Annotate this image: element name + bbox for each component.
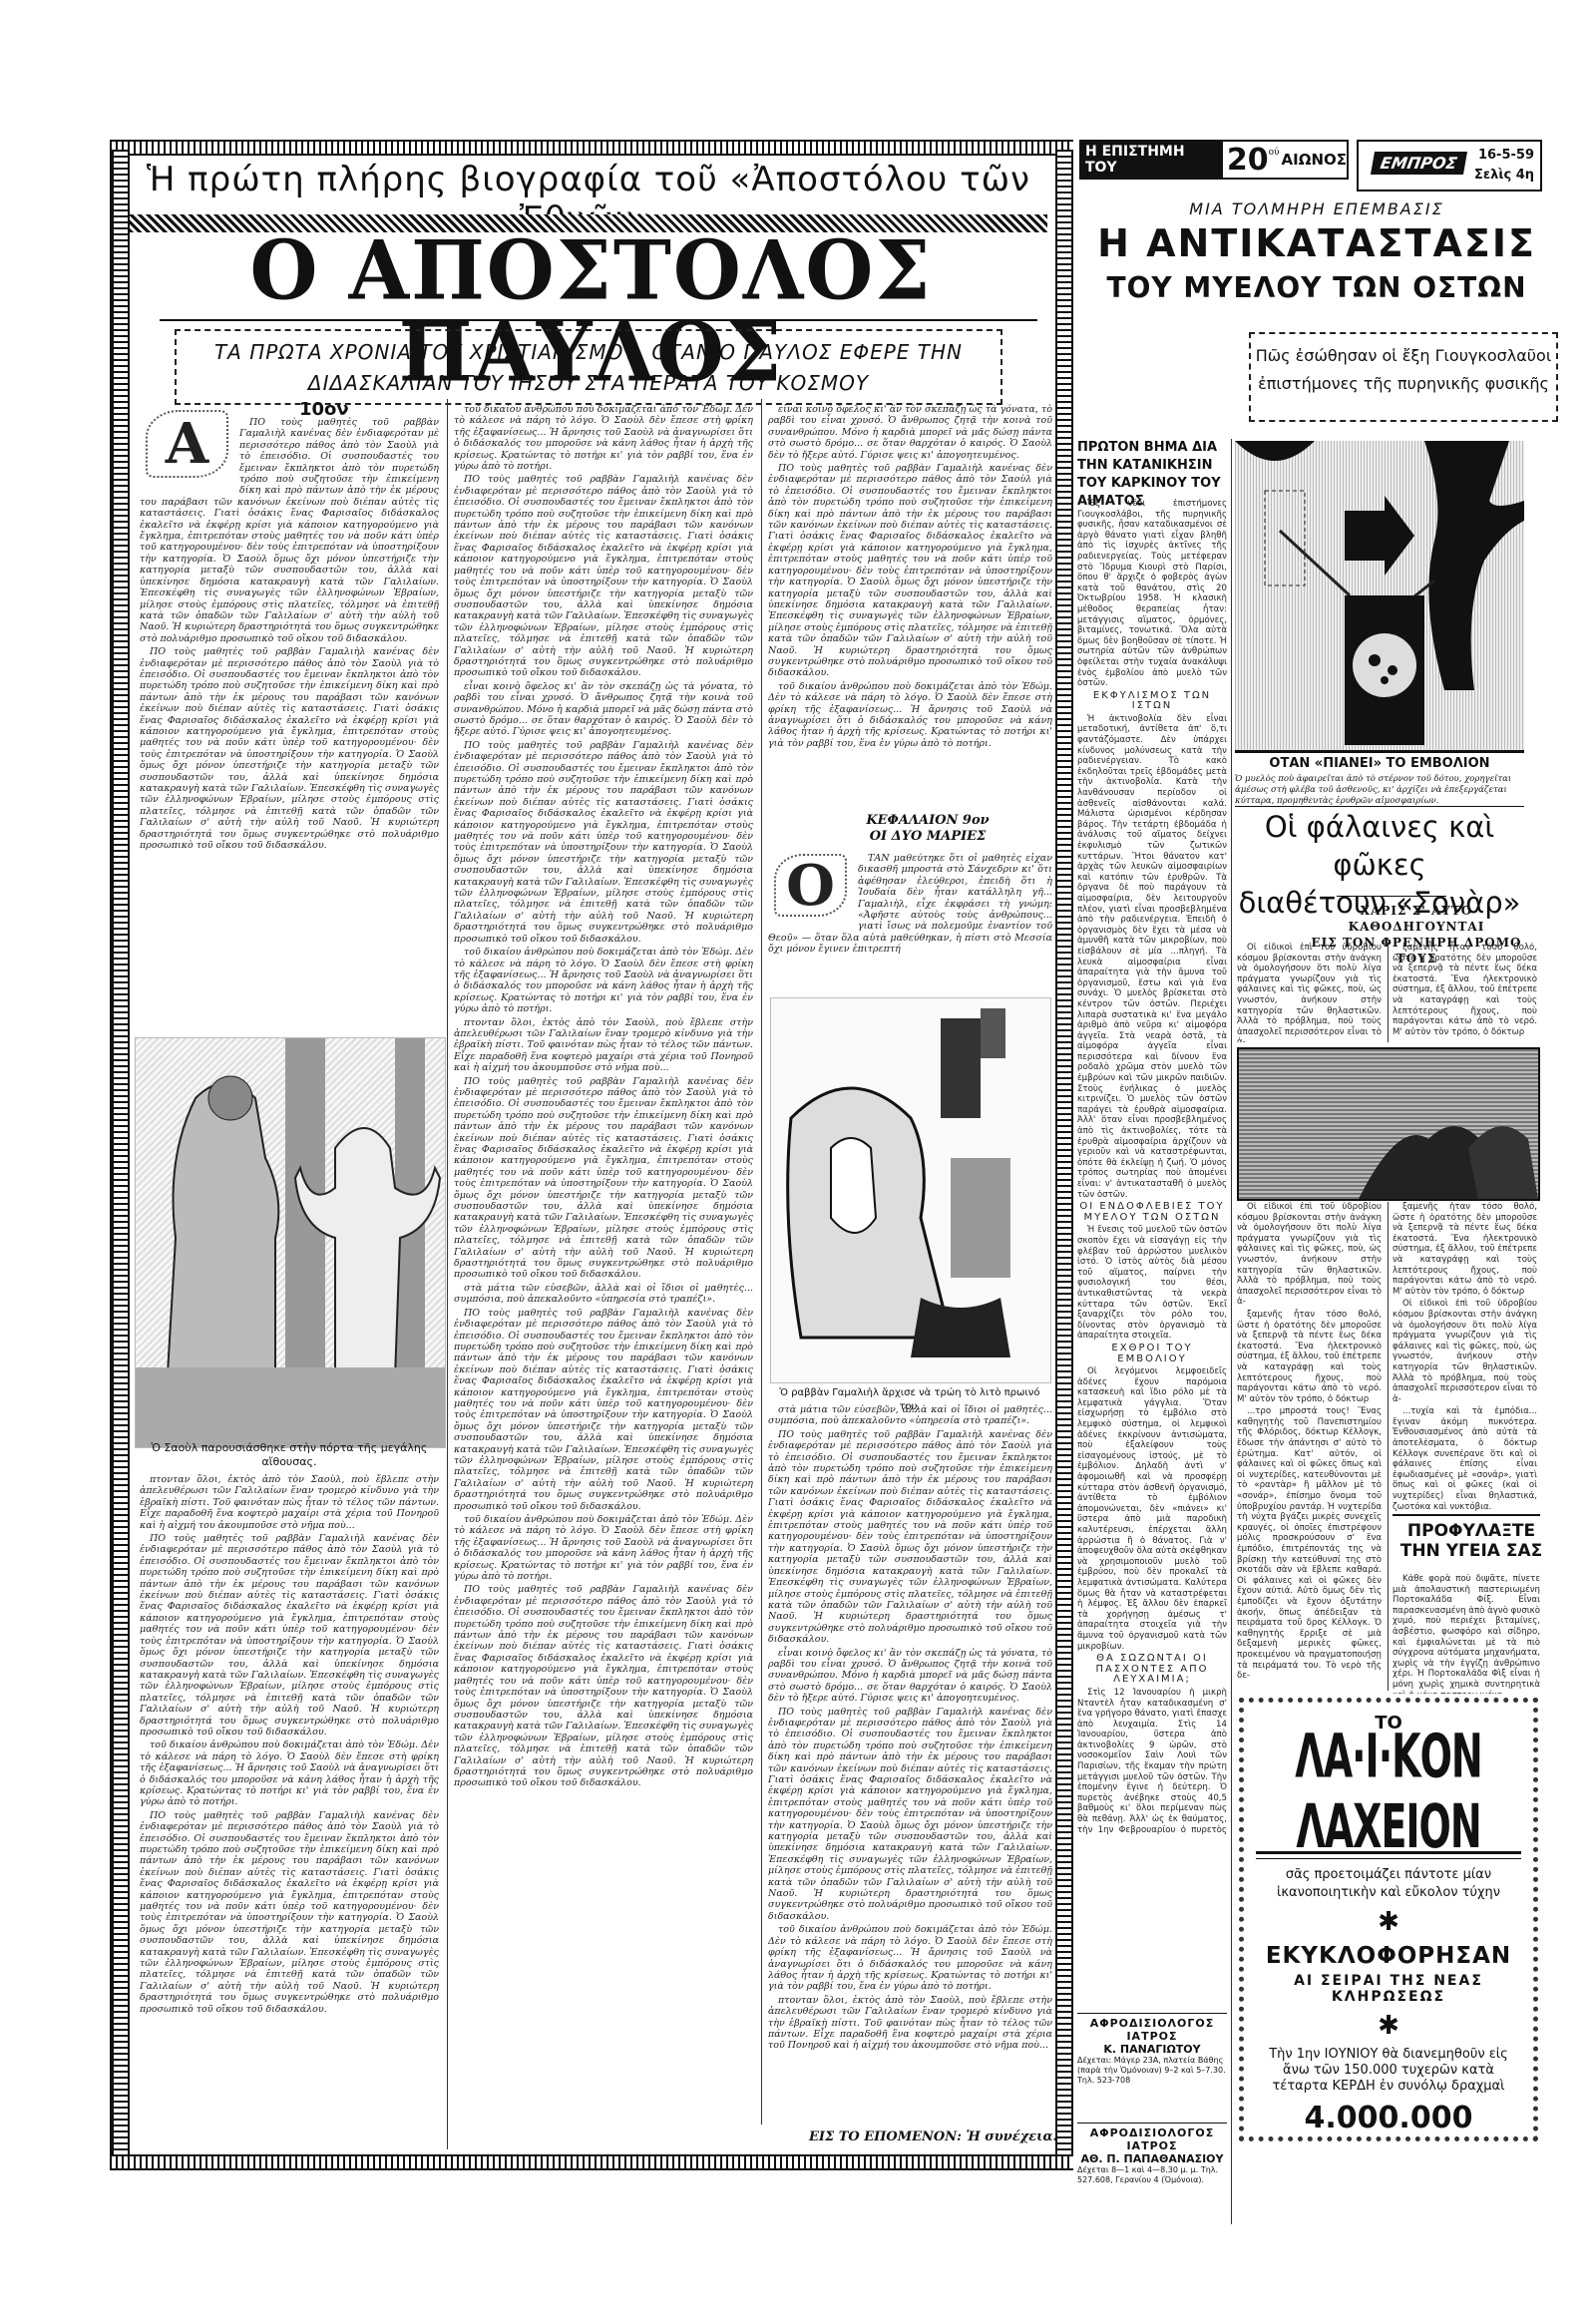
- lottery-title: ΛΑ·Ι·ΚΟΝ ΛΑΧΕΙΟΝ: [1244, 1722, 1533, 1862]
- science-paragraph: Οἱ λεγόμενοι λεμφοειδεῖς ἀδένες ἔχουν πα…: [1077, 1366, 1227, 1652]
- article-paragraph: ΠΟ τοὺς μαθητὲς τοῦ ραββὰν Γαμαλιὴλ κανέ…: [140, 1810, 439, 2015]
- continued-next-note: ΕΙΣ ΤΟ ΕΠΟΜΕΝΟΝ: Ἡ συνέχεια.: [299, 2129, 1057, 2144]
- greek-key-border-left: [112, 150, 130, 2159]
- science-paragraph: Στὶς 12 Ἰανουαρίου ἡ μικρὴ Νταντὲλ ἦταν …: [1077, 1688, 1227, 1835]
- whale-column-1: Οἱ εἰδικοὶ ἐπὶ τοῦ ὑδροβίου κόσμου βρίσκ…: [1237, 943, 1382, 1042]
- bone-marrow-diagram: [1235, 441, 1524, 753]
- greek-key-border-right: [1055, 150, 1073, 2159]
- article-paragraph: πτονταν ὅλοι, ἐκτὸς ἀπὸ τὸν Σαοὺλ, ποὺ ἔ…: [454, 1017, 753, 1074]
- asterisk-icon: ✱: [1244, 1907, 1533, 1937]
- science-deck: Πῶς ἐσώθησαν οἱ ἔξη Γιουγκοσλαῦοι ἐπιστή…: [1249, 332, 1558, 422]
- illustration-gamaliel: [770, 997, 1051, 1383]
- article-paragraph: ΠΟ τοὺς μαθητὲς τοῦ ραββὰν Γαμαλιὴλ κανέ…: [768, 1707, 1052, 1923]
- diagram-caption: Ὁ μυελὸς ποὺ ἀφαιρεῖται ἀπὸ τὸ στέρνον τ…: [1235, 774, 1524, 807]
- article-paragraph: ΠΟ τοὺς μαθητὲς τοῦ ραββὰν Γαμαλιὴλ κανέ…: [454, 1076, 753, 1281]
- whale-column-2: ξαμενῆς ἦταν τόσο θολό, ὥστε ἡ ὁρατότης …: [1393, 943, 1537, 1042]
- column-divider: [1388, 1202, 1389, 1691]
- title-underline: [160, 319, 1037, 321]
- article-paragraph: τοῦ δικαίου ἀνθρώπου ποὺ δοκιμάζεται ἀπὸ…: [454, 1514, 753, 1582]
- doctor-ad-1: ΑΦΡΟΔΙΣΙΟΛΟΓΟΣ ΙΑΤΡΟΣ Κ. ΠΑΝΑΓΙΩΤΟΥ Δέχε…: [1077, 2017, 1227, 2086]
- whale-column-2-continued: ξαμενῆς ἦταν τόσο θολό, ὥστε ἡ ὁρατότης …: [1393, 1202, 1537, 1511]
- ad-divider: [1077, 2013, 1227, 2014]
- article-column-1: ΠΟ τοὺς μαθητὲς τοῦ ραββὰν Γαμαλιὴλ κανέ…: [140, 417, 439, 1035]
- headline-underline: [1337, 896, 1446, 897]
- article-paragraph: ΠΟ τοὺς μαθητὲς τοῦ ραββὰν Γαμαλιὴλ κανέ…: [454, 1308, 753, 1512]
- greek-key-border-bottom: [110, 2154, 1073, 2170]
- column-divider: [447, 399, 448, 2149]
- article-paragraph: τοῦ δικαίου ἀνθρώπου ποὺ δοκιμάζεται ἀπὸ…: [454, 947, 753, 1014]
- article-paragraph: ΠΟ τοὺς μαθητὲς τοῦ ραββὰν Γαμαλιὴλ κανέ…: [140, 646, 439, 851]
- page-number: Σελὶς 4η: [1474, 166, 1534, 186]
- science-paragraph: Ἡ ἀκτινοβολία δὲν εἶναι μεταδοτική, ἀντί…: [1077, 714, 1227, 1200]
- article-paragraph: ΠΟ τοὺς μαθητὲς τοῦ ραββὰν Γαμαλιὴλ κανέ…: [768, 1429, 1052, 1646]
- article-paragraph: εἶναι κοινὸ ὄφελος κι' ἂν τὸν σκεπάζῃ ὡς…: [454, 681, 753, 738]
- science-paragraph: Ἡ ἔνεσις τοῦ μυελοῦ τῶν ὀστῶν σκοπὸν ἔχε…: [1077, 1225, 1227, 1342]
- article-paragraph: ΠΟ τοὺς μαθητὲς τοῦ ραββὰν Γαμαλιὴλ κανέ…: [454, 474, 753, 678]
- article-paragraph: τοῦ δικαίου ἀνθρώπου ποὺ δοκιμάζεται ἀπὸ…: [140, 1739, 439, 1807]
- article-paragraph: πτονταν ὅλοι, ἐκτὸς ἀπὸ τὸν Σαοὺλ, ποὺ ἔ…: [768, 1995, 1052, 2052]
- article-paragraph: εἶναι κοινὸ ὄφελος κι' ἂν τὸν σκεπάζῃ ὡς…: [768, 404, 1052, 461]
- article-column-2: τοῦ δικαίου ἀνθρώπου ποὺ δοκιμάζεται ἀπὸ…: [454, 404, 753, 2149]
- article-paragraph: ΠΟ τοὺς μαθητὲς τοῦ ραββὰν Γαμαλιὴλ κανέ…: [454, 1584, 753, 1788]
- newspaper-info-box: ΕΜΠΡΟΣ 16-5-59 Σελὶς 4η: [1357, 140, 1542, 192]
- column-divider: [1388, 943, 1389, 1042]
- masthead-label: Η ΕΠΙΣΤΗΜΗ ΤΟΥ: [1081, 142, 1223, 178]
- greek-key-border-top: [110, 140, 1073, 156]
- newspaper-logo: ΕΜΠΡΟΣ: [1371, 152, 1467, 175]
- article-column-1-continued: πτονταν ὅλοι, ἐκτὸς ἀπὸ τὸν Σαοὺλ, ποὺ ἔ…: [140, 1474, 439, 2152]
- doctor-ad-2: ΑΦΡΟΔΙΣΙΟΛΟΓΟΣ ΙΑΤΡΟΣ ΑΘ. Π. ΠΑΠΑΘΑΝΑΣΙΟ…: [1077, 2126, 1227, 2185]
- ad-divider: [1077, 2123, 1227, 2124]
- article-paragraph: στὰ μάτια τῶν εὐσεβῶν, ἀλλὰ καὶ οἱ ἴδιοι…: [768, 1404, 1052, 1427]
- section-masthead: Η ΕΠΙΣΤΗΜΗ ΤΟΥ 20 ού ΑΙΩΝΟΣ: [1079, 140, 1349, 180]
- masthead-number: 20: [1227, 143, 1269, 178]
- illustration-caption: Ὁ Σαοὺλ παρουσιάσθηκε στὴν πόρτα τῆς μεγ…: [135, 1441, 444, 1469]
- whale-photo: [1237, 1047, 1540, 1201]
- article-paragraph: ΠΟ τοὺς μαθητὲς τοῦ ραββὰν Γαμαλιὴλ κανέ…: [454, 740, 753, 945]
- article-paragraph: τοῦ δικαίου ἀνθρώπου ποὺ δοκιμάζεται ἀπὸ…: [768, 1924, 1052, 1992]
- article-paragraph: εἶναι κοινὸ ὄφελος κι' ἂν τὸν σκεπάζῃ ὡς…: [768, 1648, 1052, 1705]
- article-column-3-continued: στὰ μάτια τῶν εὐσεβῶν, ἀλλὰ καὶ οἱ ἴδιοι…: [768, 1404, 1052, 2123]
- science-column: Ἕξ νέοι ἐπιστήμονες Γιουγκοσλάβοι, τῆς π…: [1077, 499, 1227, 1835]
- issue-date: 16-5-59: [1474, 146, 1534, 166]
- asterisk-icon: ✱: [1244, 2011, 1533, 2041]
- science-section-heading: ΟΙ ΕΝΔΟΦΛΕΒΙΕΣ ΤΟΥ ΜΥΕΛΟΥ ΤΩΝ ΟΣΤΩΝ: [1077, 1202, 1227, 1223]
- article-paragraph: τοῦ δικαίου ἀνθρώπου ποὺ δοκιμάζεται ἀπὸ…: [768, 681, 1052, 749]
- health-ad-headline: ΠΡΟΦΥΛΑΞΤΕ ΤΗΝ ΥΓΕΙΑ ΣΑΣ: [1396, 1521, 1546, 1561]
- illustration-saul-at-door: [135, 1037, 446, 1448]
- article-deck: ΤΑ ΠΡΩΤΑ ΧΡΟΝΙΑ ΤΟΥ ΧΡΙΣΤΙΑΝΙΣΜΟΥ, ΟΤΑΝ …: [175, 329, 1002, 405]
- masthead-suffix: ού: [1269, 148, 1280, 158]
- article-paragraph: ΠΟ τοὺς μαθητὲς τοῦ ραββὰν Γαμαλιὴλ κανέ…: [768, 463, 1052, 679]
- prize-amount: 4.000.000: [1244, 2101, 1533, 2135]
- science-section-heading: ΘΑ ΣΩΖΩΝΤΑΙ ΟΙ ΠΑΣΧΟΝΤΕΣ ΑΠΟ ΛΕΥΧΑΙΜΙΑ;: [1077, 1654, 1227, 1686]
- section-rule: [1393, 1514, 1540, 1516]
- lottery-advertisement: ΤΟ ΛΑ·Ι·ΚΟΝ ΛΑΧΕΙΟΝ σᾶς προετοιμάζει πάν…: [1239, 1698, 1538, 2141]
- diagram-caption-title: ΟΤΑΝ «ΠΙΑΝΕΙ» ΤΟ ΕΜΒΟΛΙΟΝ: [1235, 756, 1524, 771]
- chapter-heading: ΚΕΦΑΛΑΙΟΝ 9ον ΟΙ ΔΥΟ ΜΑΡΙΕΣ: [798, 813, 1057, 845]
- health-ad-body: Κάθε φορὰ ποὺ διψᾶτε, πίνετε μιὰ ἀπολαυσ…: [1393, 1574, 1540, 1694]
- science-headline-line2: ΤΟΥ ΜΥΕΛΟΥ ΤΩΝ ΟΣΤΩΝ: [1072, 271, 1561, 304]
- science-kicker: ΜΙΑ ΤΟΛΜΗΡΗ ΕΠΕΜΒΑΣΙΣ: [1077, 199, 1556, 218]
- article-paragraph: πτονταν ὅλοι, ἐκτὸς ἀπὸ τὸν Σαοὺλ, ποὺ ἔ…: [140, 1474, 439, 1531]
- science-headline-line1: Η ΑΝΤΙΚΑΤΑΣΤΑΣΙΣ: [1072, 221, 1561, 265]
- masthead-century: ΑΙΩΝΟΣ: [1282, 151, 1348, 169]
- article-paragraph: στὰ μάτια τῶν εὐσεβῶν, ἀλλὰ καὶ οἱ ἴδιοι…: [454, 1283, 753, 1306]
- article-paragraph: ΠΟ τοὺς μαθητὲς τοῦ ραββὰν Γαμαλιὴλ κανέ…: [140, 1533, 439, 1738]
- science-section-heading: ΕΧΘΡΟΙ ΤΟΥ ΕΜΒΟΛΙΟΥ: [1077, 1344, 1227, 1364]
- column-divider: [1231, 439, 1232, 2224]
- science-section-heading: ΕΚΦΥΛΙΣΜΟΣ ΤΩΝ ΙΣΤΩΝ: [1077, 691, 1227, 712]
- science-paragraph: Ἕξ νέοι ἐπιστήμονες Γιουγκοσλάβοι, τῆς π…: [1077, 499, 1227, 689]
- issue-info: 16-5-59 Σελὶς 4η: [1474, 146, 1534, 186]
- section-rule: [1235, 806, 1524, 807]
- whale-column-1-continued: Οἱ εἰδικοὶ ἐπὶ τοῦ ὑδροβίου κόσμου βρίσκ…: [1237, 1202, 1382, 1696]
- article-paragraph: τοῦ δικαίου ἀνθρώπου ποὺ δοκιμάζεται ἀπὸ…: [454, 404, 753, 472]
- chapter-text: ΤΑΝ μαθεύτηκε ὅτι οἱ μαθητὲς εἶχαν δικασ…: [768, 853, 1052, 992]
- column-divider: [761, 399, 762, 2125]
- article-column-3: εἶναι κοινὸ ὄφελος κι' ἂν τὸν σκεπάζῃ ὡς…: [768, 404, 1052, 808]
